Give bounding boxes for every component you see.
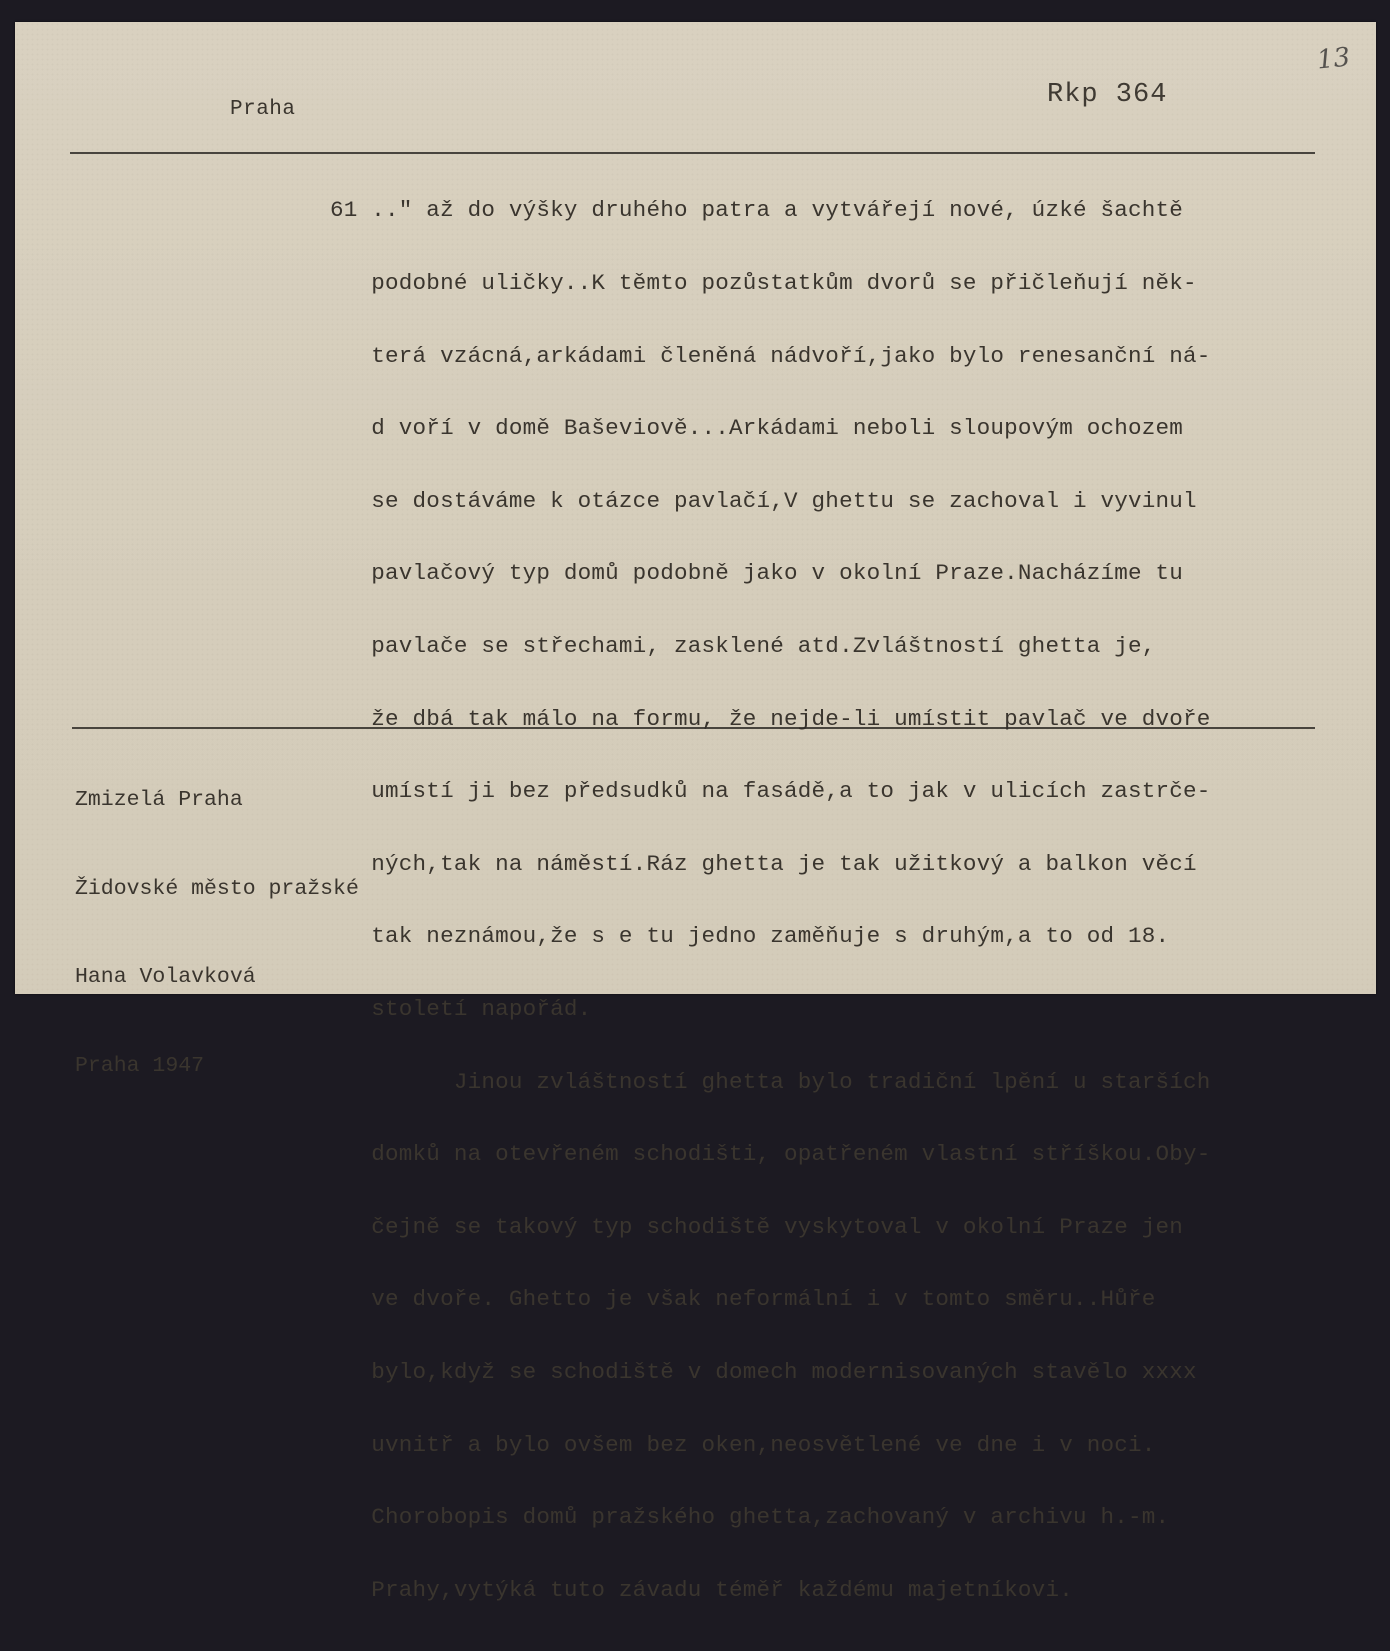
body-line: tak neznámou,že s e tu jedno zaměňuje s … bbox=[330, 924, 1350, 948]
body-line: 61 .." až do výšky druhého patra a vytvá… bbox=[330, 198, 1350, 222]
citation-author: Hana Volavková bbox=[75, 963, 359, 993]
citation-title: Zmizelá Praha bbox=[75, 786, 359, 816]
archive-card: Praha Rkp 364 13 61 .." až do výšky druh… bbox=[15, 22, 1376, 994]
body-line: d voří v domě Baševiově...Arkádami nebol… bbox=[330, 416, 1350, 440]
body-text: 61 .." až do výšky druhého patra a vytvá… bbox=[330, 150, 1350, 1000]
body-line: ných,tak na náměstí.Ráz ghetta je tak už… bbox=[330, 852, 1350, 876]
body-line: podobné uličky..K těmto pozůstatkům dvor… bbox=[330, 271, 1350, 295]
body-line: pavlačový typ domů podobně jako v okolní… bbox=[330, 561, 1350, 585]
body-line: pavlače se střechami, zasklené atd.Zvláš… bbox=[330, 634, 1350, 658]
citation-subtitle: Židovské město pražské bbox=[75, 875, 359, 905]
handwritten-page-number: 13 bbox=[1316, 42, 1352, 75]
body-line: se dostáváme k otázce pavlačí,V ghettu s… bbox=[330, 489, 1350, 513]
body-line: terá vzácná,arkádami členěná nádvoří,jak… bbox=[330, 344, 1350, 368]
source-citation: Zmizelá Praha Židovské město pražské Han… bbox=[75, 727, 359, 1000]
body-line: umístí ji bez předsudků na fasádě,a to j… bbox=[330, 779, 1350, 803]
header-location: Praha bbox=[230, 98, 296, 121]
manuscript-reference: Rkp 364 bbox=[1047, 80, 1167, 110]
